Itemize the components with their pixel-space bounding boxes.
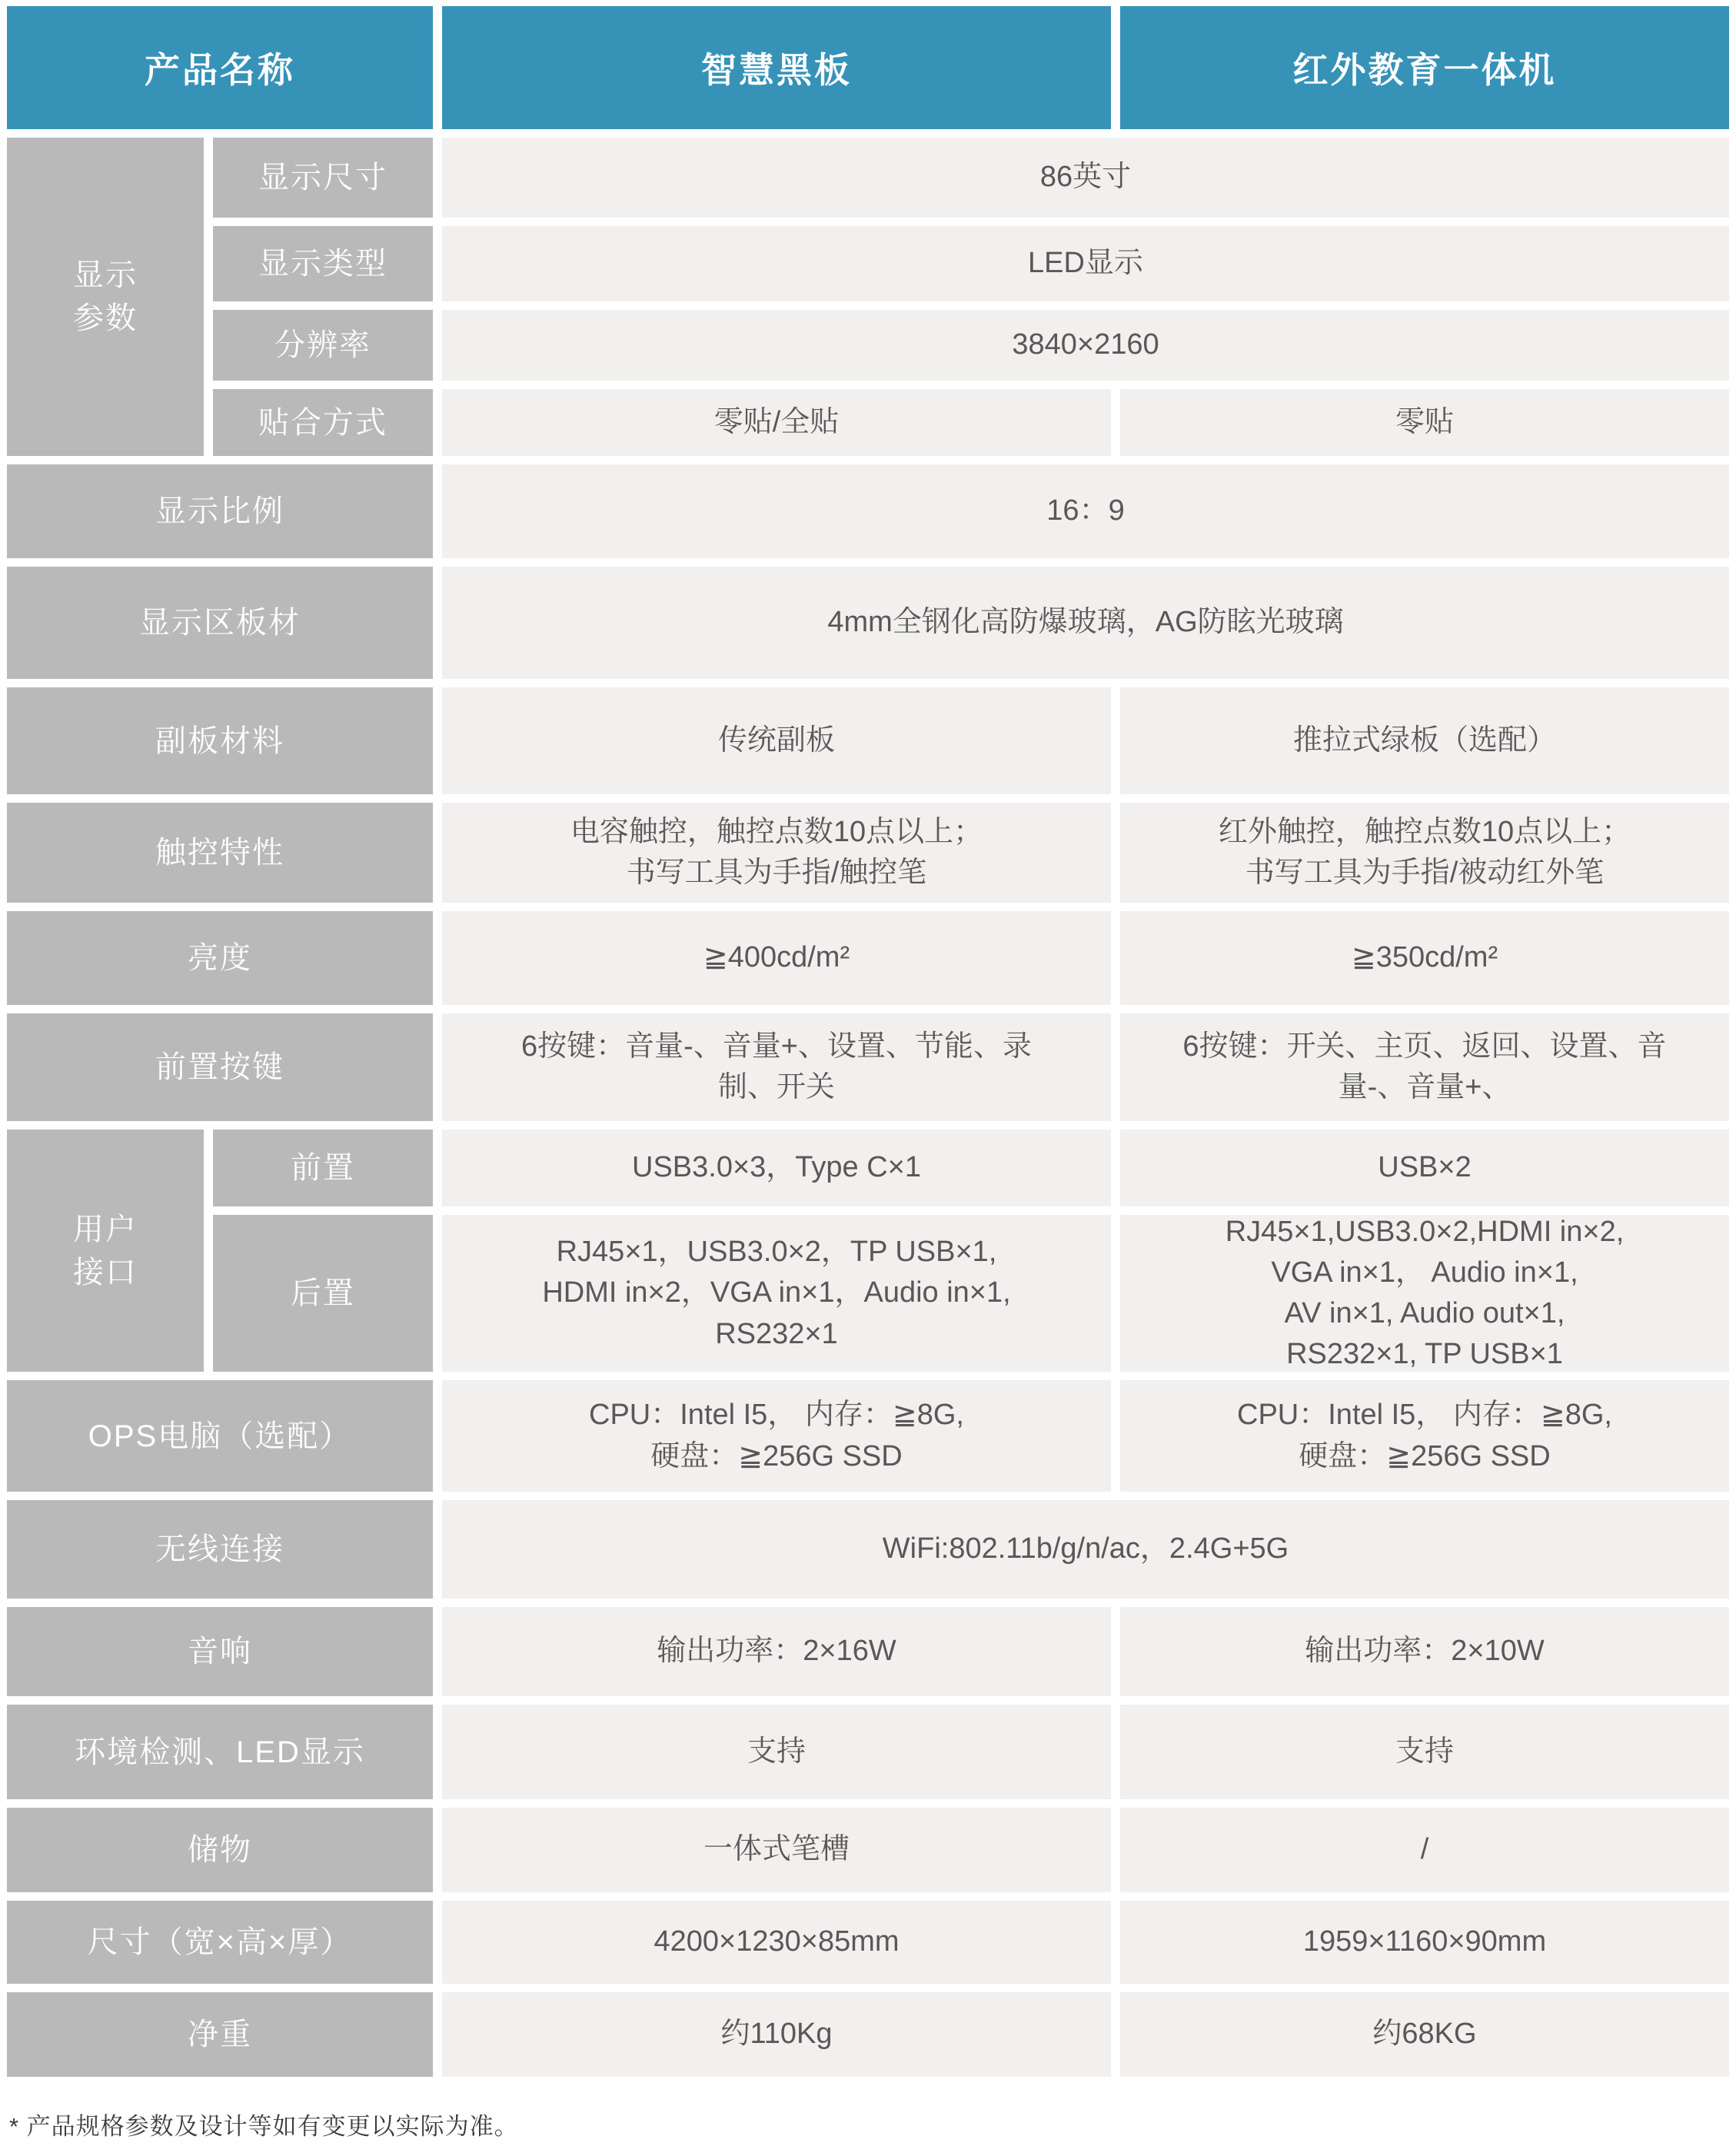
value-front-buttons-b: 6按键：开关、主页、返回、设置、音 量-、音量+、 (1120, 1013, 1729, 1121)
value-io-rear-b: RJ45×1,USB3.0×2,HDMI in×2, VGA in×1， Aud… (1120, 1215, 1729, 1372)
value-aspect-ratio: 16：9 (442, 464, 1729, 558)
value-storage-b: / (1120, 1808, 1729, 1892)
row-label-weight: 净重 (7, 1992, 433, 2077)
value-display-type: LED显示 (442, 226, 1729, 301)
header-cell-product-name: 产品名称 (7, 6, 433, 129)
product-spec-table: 产品名称 智慧黑板 红外教育一体机 显示 参数 显示尺寸 86英寸 显示类型 L… (7, 6, 1729, 2077)
footnote: * 产品规格参数及设计等如有变更以实际为准。 (9, 2107, 519, 2141)
value-weight-a: 约110Kg (442, 1992, 1111, 2077)
value-resolution: 3840×2160 (442, 310, 1729, 381)
value-storage-a: 一体式笔槽 (442, 1808, 1111, 1892)
value-io-front-b: USB×2 (1120, 1130, 1729, 1206)
row-label-io-front: 前置 (213, 1130, 433, 1206)
row-label-brightness: 亮度 (7, 911, 433, 1005)
row-label-panel-material: 显示区板材 (7, 567, 433, 679)
row-label-side-board: 副板材料 (7, 687, 433, 794)
value-lamination-b: 零贴 (1120, 389, 1729, 456)
value-brightness-b: ≧350cd/m² (1120, 911, 1729, 1005)
value-brightness-a: ≧400cd/m² (442, 911, 1111, 1005)
value-panel-material: 4mm全钢化高防爆玻璃，AG防眩光玻璃 (442, 567, 1729, 679)
row-label-resolution: 分辨率 (213, 310, 433, 381)
row-label-display-size: 显示尺寸 (213, 138, 433, 218)
row-label-display-type: 显示类型 (213, 226, 433, 301)
row-label-touch: 触控特性 (7, 803, 433, 903)
value-side-board-a: 传统副板 (442, 687, 1111, 794)
row-label-io-rear: 后置 (213, 1215, 433, 1372)
value-io-front-a: USB3.0×3，Type C×1 (442, 1130, 1111, 1206)
value-dimensions-b: 1959×1160×90mm (1120, 1901, 1729, 1984)
value-audio-a: 输出功率：2×16W (442, 1607, 1111, 1696)
row-label-ops: OPS电脑（选配） (7, 1380, 433, 1492)
value-env-led-a: 支持 (442, 1705, 1111, 1799)
header-cell-product-a: 智慧黑板 (442, 6, 1111, 129)
row-label-dimensions: 尺寸（宽×高×厚） (7, 1901, 433, 1984)
value-ops-a: CPU：Intel I5， 内存：≧8G, 硬盘：≧256G SSD (442, 1380, 1111, 1492)
value-touch-a: 电容触控，触控点数10点以上； 书写工具为手指/触控笔 (442, 803, 1111, 903)
row-label-wireless: 无线连接 (7, 1500, 433, 1599)
value-wireless: WiFi:802.11b/g/n/ac，2.4G+5G (442, 1500, 1729, 1599)
value-front-buttons-a: 6按键：音量-、音量+、设置、节能、录 制、开关 (442, 1013, 1111, 1121)
row-label-audio: 音响 (7, 1607, 433, 1696)
value-touch-b: 红外触控，触控点数10点以上； 书写工具为手指/被动红外笔 (1120, 803, 1729, 903)
value-io-rear-a: RJ45×1，USB3.0×2，TP USB×1, HDMI in×2，VGA … (442, 1215, 1111, 1372)
row-label-aspect-ratio: 显示比例 (7, 464, 433, 558)
value-side-board-b: 推拉式绿板（选配） (1120, 687, 1729, 794)
row-label-env-led: 环境检测、LED显示 (7, 1705, 433, 1799)
value-env-led-b: 支持 (1120, 1705, 1729, 1799)
row-label-lamination: 贴合方式 (213, 389, 433, 456)
value-dimensions-a: 4200×1230×85mm (442, 1901, 1111, 1984)
group-label-display-params: 显示 参数 (7, 138, 204, 456)
row-label-storage: 储物 (7, 1808, 433, 1892)
value-display-size: 86英寸 (442, 138, 1729, 218)
value-audio-b: 输出功率：2×10W (1120, 1607, 1729, 1696)
row-label-front-buttons: 前置按键 (7, 1013, 433, 1121)
value-lamination-a: 零贴/全贴 (442, 389, 1111, 456)
header-cell-product-b: 红外教育一体机 (1120, 6, 1729, 129)
value-ops-b: CPU：Intel I5， 内存：≧8G, 硬盘：≧256G SSD (1120, 1380, 1729, 1492)
value-weight-b: 约68KG (1120, 1992, 1729, 2077)
group-label-user-io: 用户 接口 (7, 1130, 204, 1372)
